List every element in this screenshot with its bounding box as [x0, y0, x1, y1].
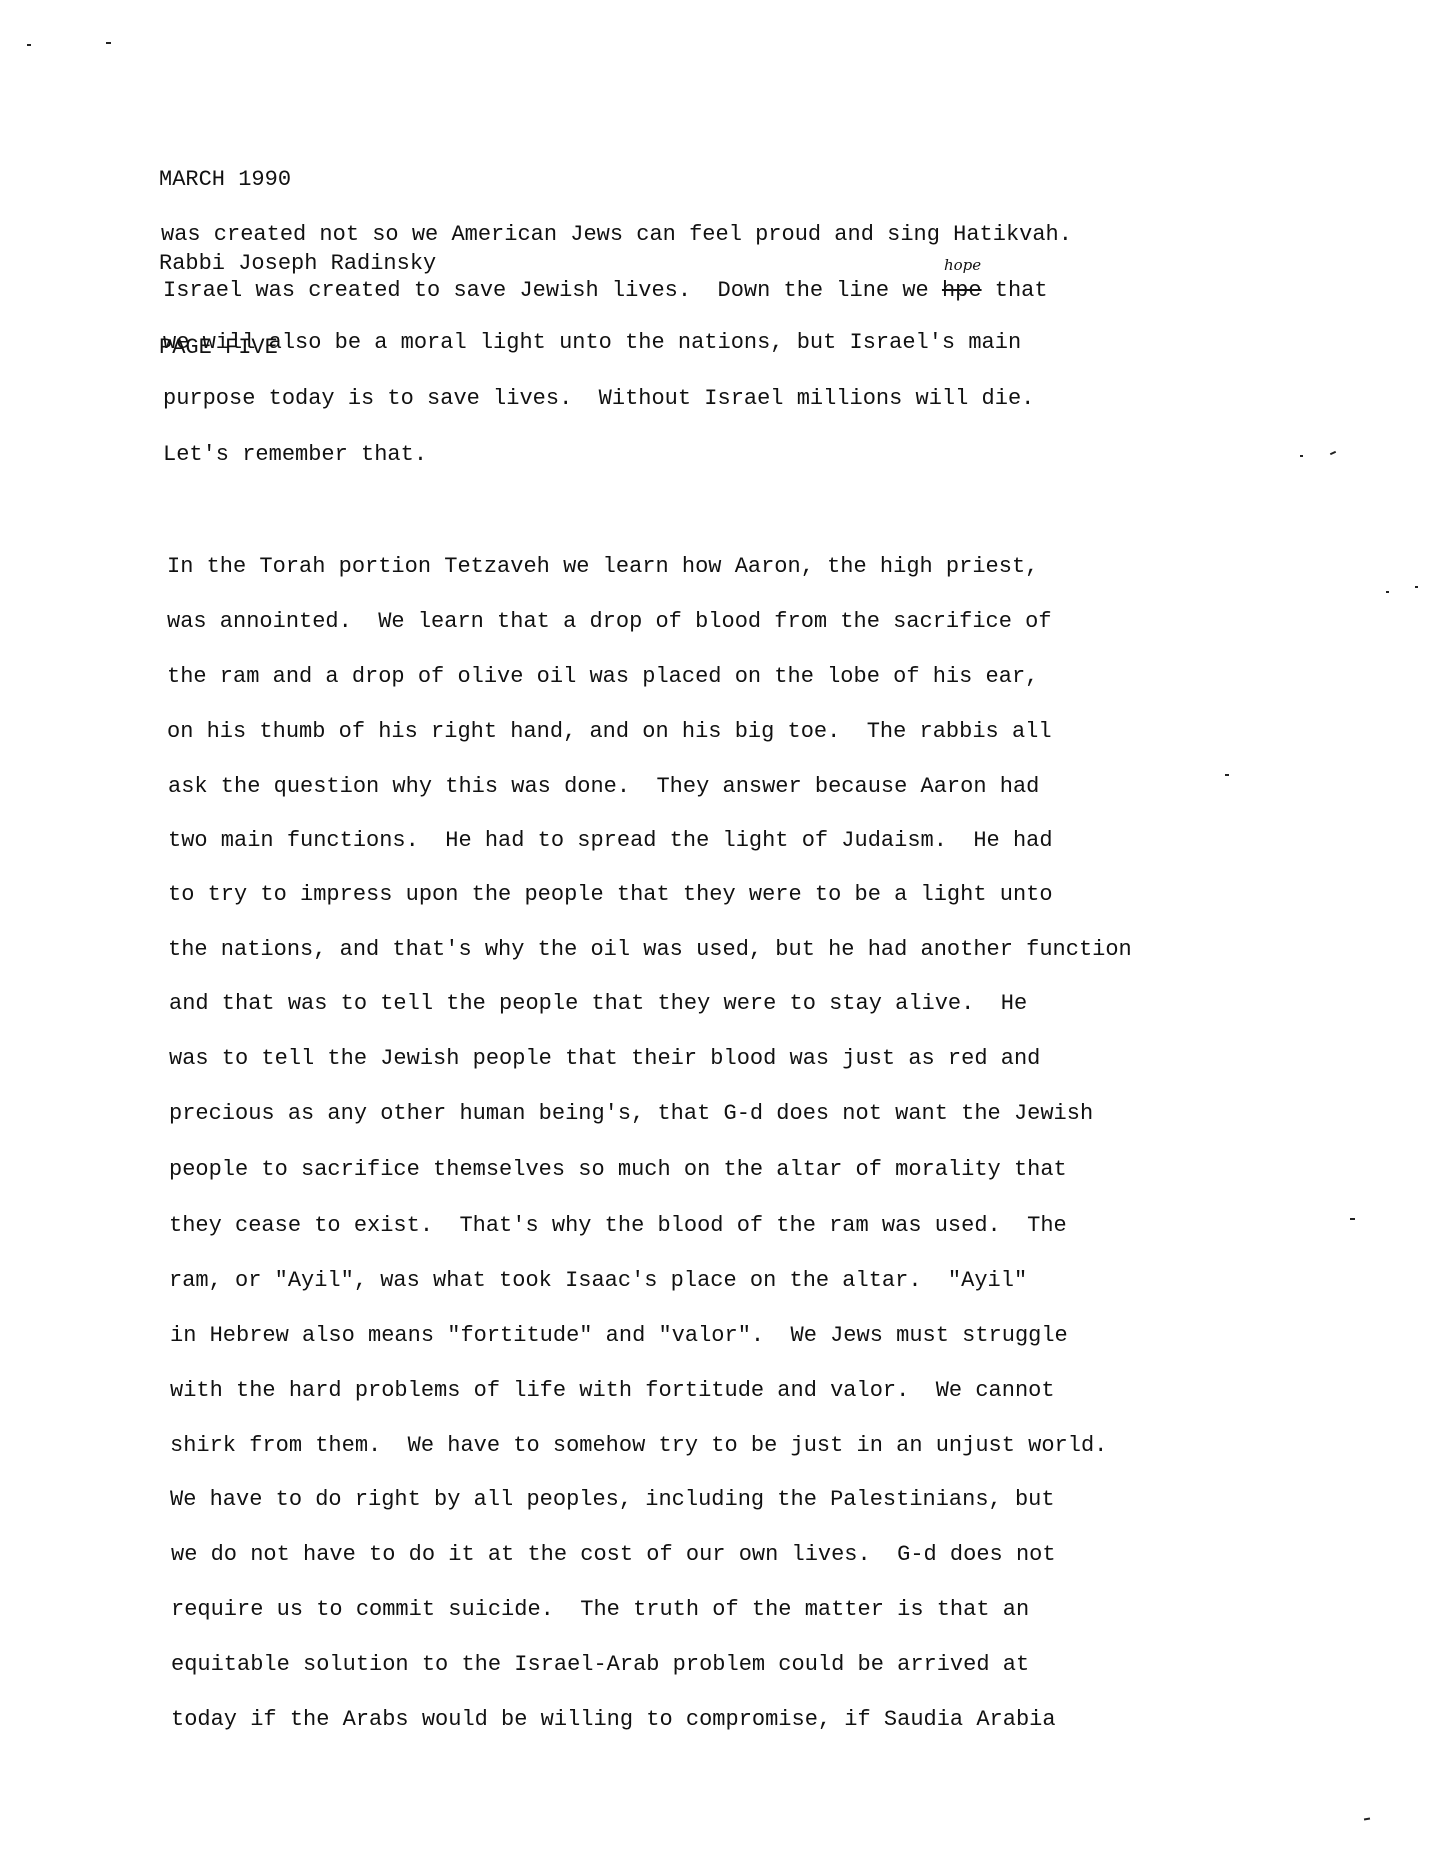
header-author: Rabbi Joseph Radinsky: [159, 250, 436, 278]
handwritten-insertion: hope: [944, 258, 981, 273]
scan-speck: [106, 42, 111, 44]
letter-header: MARCH 1990 Rabbi Joseph Radinsky PAGE FI…: [159, 110, 436, 418]
body-line-text: Israel was created to save Jewish lives.…: [163, 278, 942, 303]
body-line: they cease to exist. That's why the bloo…: [169, 1213, 1067, 1239]
body-line: ram, or "Ayil", was what took Isaac's pl…: [169, 1268, 1027, 1294]
body-line: was created not so we American Jews can …: [161, 222, 1072, 248]
body-line: we will also be a moral light unto the n…: [163, 330, 1021, 356]
scan-speck: [27, 44, 31, 46]
body-line: to try to impress upon the people that t…: [168, 882, 1053, 908]
scan-speck: [1350, 1218, 1355, 1220]
body-line: ask the question why this was done. They…: [168, 774, 1039, 800]
document-page: MARCH 1990 Rabbi Joseph Radinsky PAGE FI…: [0, 0, 1430, 1851]
body-line: shirk from them. We have to somehow try …: [170, 1433, 1107, 1459]
body-line: the nations, and that's why the oil was …: [168, 937, 1132, 963]
body-line: was annointed. We learn that a drop of b…: [167, 609, 1052, 635]
header-date: MARCH 1990: [159, 166, 436, 194]
body-line: and that was to tell the people that the…: [169, 991, 1027, 1017]
body-line: people to sacrifice themselves so much o…: [169, 1157, 1067, 1183]
body-line: Let's remember that.: [163, 442, 427, 468]
scan-speck: [1415, 586, 1418, 588]
body-line: require us to commit suicide. The truth …: [171, 1597, 1029, 1623]
body-line: purpose today is to save lives. Without …: [163, 386, 1034, 412]
body-line: We have to do right by all peoples, incl…: [170, 1487, 1055, 1513]
body-line: today if the Arabs would be willing to c…: [171, 1707, 1056, 1733]
struck-word: hpehope: [942, 278, 982, 303]
body-line: with the hard problems of life with fort…: [170, 1378, 1055, 1404]
scan-speck: [1364, 1817, 1370, 1820]
scan-speck: [1330, 451, 1336, 455]
body-line: precious as any other human being's, tha…: [169, 1101, 1093, 1127]
body-line: on his thumb of his right hand, and on h…: [167, 719, 1052, 745]
scan-speck: [1386, 591, 1389, 593]
scan-speck: [1225, 774, 1229, 776]
body-line: In the Torah portion Tetzaveh we learn h…: [167, 554, 1038, 580]
body-line: equitable solution to the Israel-Arab pr…: [171, 1652, 1029, 1678]
body-line: two main functions. He had to spread the…: [168, 828, 1053, 854]
body-line-text-after: that: [982, 278, 1048, 303]
body-line: we do not have to do it at the cost of o…: [171, 1542, 1056, 1568]
body-line: the ram and a drop of olive oil was plac…: [167, 664, 1038, 690]
scan-speck: [1300, 455, 1303, 457]
body-line-with-correction: Israel was created to save Jewish lives.…: [163, 278, 1048, 304]
body-line: was to tell the Jewish people that their…: [169, 1046, 1040, 1072]
body-line: in Hebrew also means "fortitude" and "va…: [170, 1323, 1068, 1349]
